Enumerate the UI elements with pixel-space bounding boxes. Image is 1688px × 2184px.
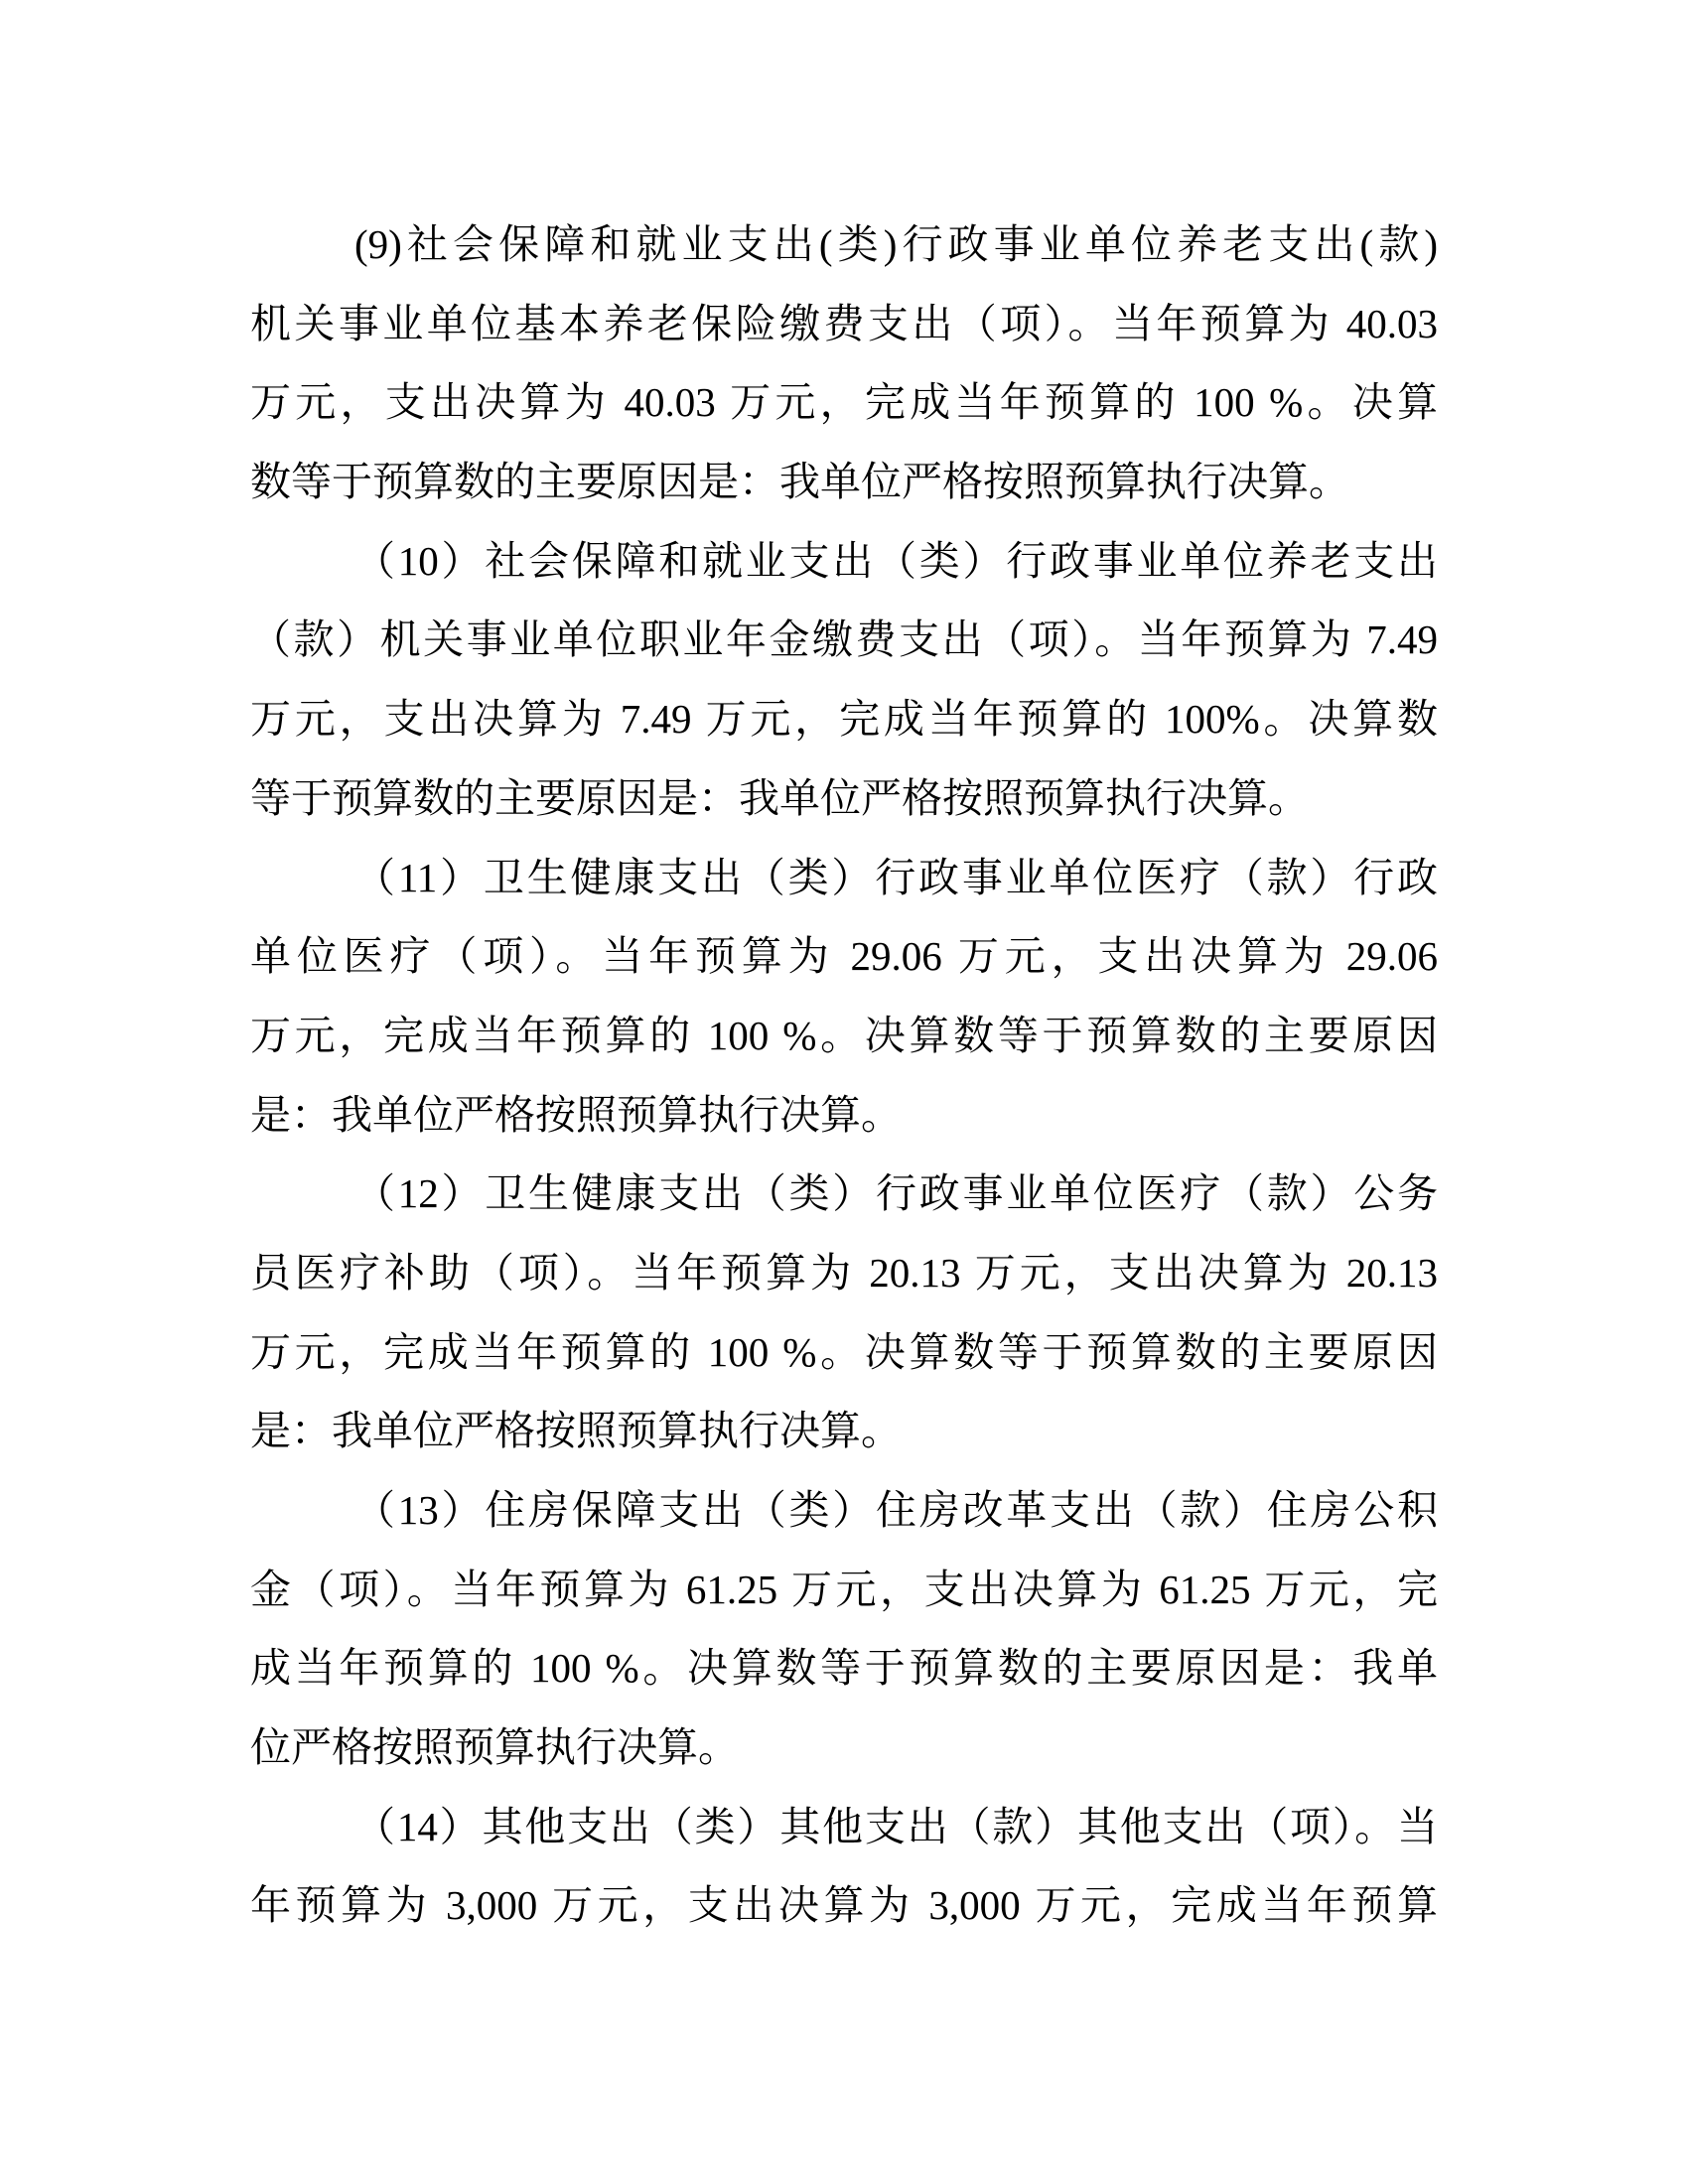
- text-line: 是：我单位严格按照预算执行决算。: [250, 1392, 1438, 1471]
- text-line: （11）卫生健康支出（类）行政事业单位医疗（款）行政: [250, 839, 1438, 918]
- paragraph: (9)社会保障和就业支出(类)行政事业单位养老支出(款)机关事业单位基本养老保险…: [250, 205, 1438, 522]
- text-line: 等于预算数的主要原因是：我单位严格按照预算执行决算。: [250, 759, 1438, 839]
- text-line: 万元，支出决算为 7.49 万元，完成当年预算的 100%。决算数: [250, 680, 1438, 759]
- paragraph: （11）卫生健康支出（类）行政事业单位医疗（款）行政单位医疗（项）。当年预算为 …: [250, 839, 1438, 1156]
- document-page: (9)社会保障和就业支出(类)行政事业单位养老支出(款)机关事业单位基本养老保险…: [0, 0, 1688, 2184]
- document-body: (9)社会保障和就业支出(类)行政事业单位养老支出(款)机关事业单位基本养老保险…: [250, 205, 1438, 1946]
- text-line: （14）其他支出（类）其他支出（款）其他支出（项）。当: [250, 1788, 1438, 1867]
- text-line: 机关事业单位基本养老保险缴费支出（项）。当年预算为 40.03: [250, 285, 1438, 364]
- text-line: （13）住房保障支出（类）住房改革支出（款）住房公积: [250, 1471, 1438, 1551]
- text-line: 万元，支出决算为 40.03 万元，完成当年预算的 100 %。决算: [250, 363, 1438, 443]
- text-line: 年预算为 3,000 万元，支出决算为 3,000 万元，完成当年预算: [250, 1866, 1438, 1946]
- paragraph: （12）卫生健康支出（类）行政事业单位医疗（款）公务员医疗补助（项）。当年预算为…: [250, 1155, 1438, 1471]
- text-line: 金（项）。当年预算为 61.25 万元，支出决算为 61.25 万元，完: [250, 1551, 1438, 1630]
- text-line: 万元，完成当年预算的 100 %。决算数等于预算数的主要原因: [250, 997, 1438, 1076]
- text-line: (9)社会保障和就业支出(类)行政事业单位养老支出(款): [250, 205, 1438, 285]
- text-line: 成当年预算的 100 %。决算数等于预算数的主要原因是：我单: [250, 1629, 1438, 1708]
- text-line: 万元，完成当年预算的 100 %。决算数等于预算数的主要原因: [250, 1313, 1438, 1393]
- text-line: 位严格按照预算执行决算。: [250, 1708, 1438, 1788]
- text-line: 是：我单位严格按照预算执行决算。: [250, 1076, 1438, 1156]
- text-line: （12）卫生健康支出（类）行政事业单位医疗（款）公务: [250, 1155, 1438, 1234]
- text-line: （10）社会保障和就业支出（类）行政事业单位养老支出: [250, 522, 1438, 602]
- text-line: 数等于预算数的主要原因是：我单位严格按照预算执行决算。: [250, 443, 1438, 522]
- text-line: 员医疗补助（项）。当年预算为 20.13 万元，支出决算为 20.13: [250, 1234, 1438, 1313]
- paragraph: （14）其他支出（类）其他支出（款）其他支出（项）。当年预算为 3,000 万元…: [250, 1788, 1438, 1946]
- paragraph: （10）社会保障和就业支出（类）行政事业单位养老支出（款）机关事业单位职业年金缴…: [250, 522, 1438, 839]
- paragraph: （13）住房保障支出（类）住房改革支出（款）住房公积金（项）。当年预算为 61.…: [250, 1471, 1438, 1788]
- text-line: 单位医疗（项）。当年预算为 29.06 万元，支出决算为 29.06: [250, 917, 1438, 997]
- text-line: （款）机关事业单位职业年金缴费支出（项）。当年预算为 7.49: [250, 601, 1438, 680]
